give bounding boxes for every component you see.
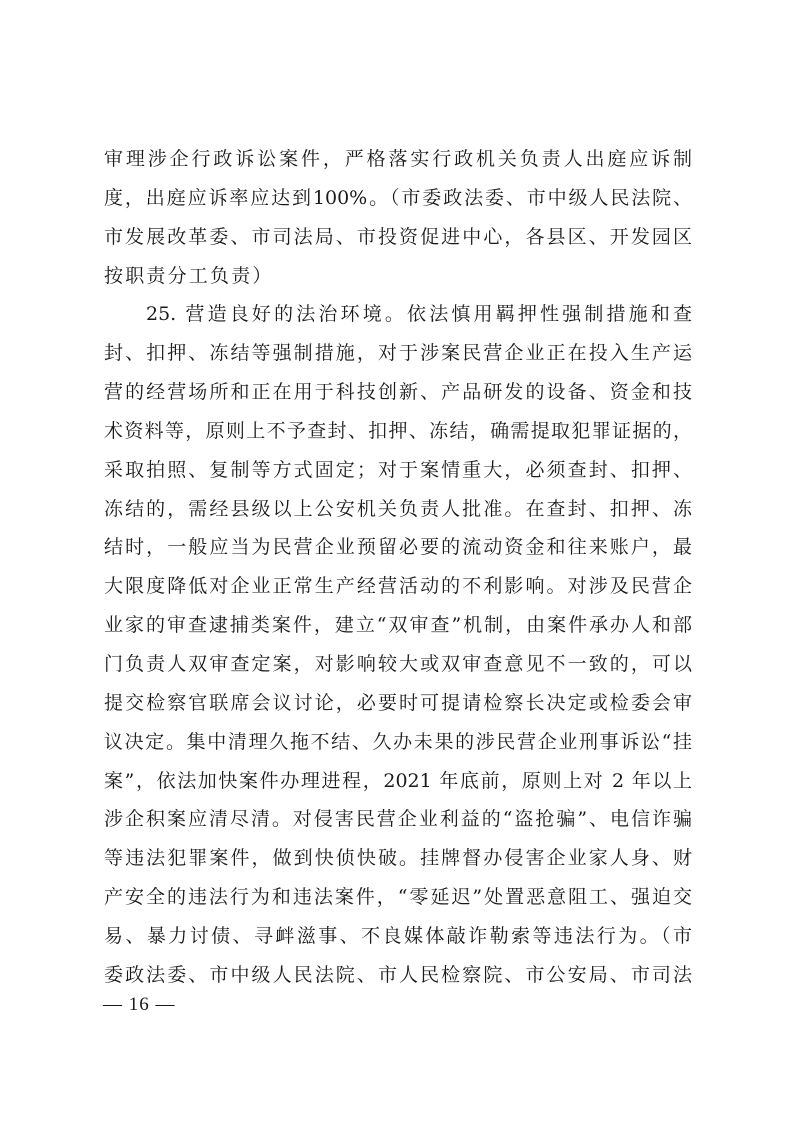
line-text: 产安全的违法行为和违法案件，“零延迟”处置恶意阻工、强迫交: [104, 882, 692, 921]
line-text: 等违法犯罪案件，做到快侦快破。挂牌督办侵害企业家人身、财: [104, 843, 692, 882]
line-text: 结时，一般应当为民营企业预留必要的流动资金和往来账户，最: [104, 532, 692, 571]
text-line: 度，出庭应诉率应达到100%。（市委政法委、市中级人民法院、: [104, 183, 692, 222]
text-line: 采取拍照、复制等方式固定；对于案情重大，必须查封、扣押、: [104, 455, 692, 494]
text-line: 营的经营场所和正在用于科技创新、产品研发的设备、资金和技: [104, 377, 692, 416]
document-page: 审理涉企行政诉讼案件，严格落实行政机关负责人出庭应诉制 度，出庭应诉率应达到10…: [0, 0, 793, 1122]
line-text: 涉企积案应清尽清。对侵害民营企业利益的“盗抢骗”、电信诈骗: [104, 804, 692, 843]
line-text: 营的经营场所和正在用于科技创新、产品研发的设备、资金和技: [104, 377, 692, 416]
line-text: 委政法委、市中级人民法院、市人民检察院、市公安局、市司法: [104, 960, 692, 999]
line-text: 易、暴力讨债、寻衅滋事、不良媒体敲诈勒索等违法行为。（市: [104, 921, 692, 960]
text-line: 冻结的，需经县级以上公安机关负责人批准。在查封、扣押、冻: [104, 494, 692, 533]
line-text: 冻结的，需经县级以上公安机关负责人批准。在查封、扣押、冻: [104, 494, 692, 533]
line-text: 审理涉企行政诉讼案件，严格落实行政机关负责人出庭应诉制: [104, 144, 692, 183]
line-text: 业家的审查逮捕类案件，建立“双审查”机制，由案件承办人和部: [104, 610, 692, 649]
text-line: 封、扣押、冻结等强制措施，对于涉案民营企业正在投入生产运: [104, 338, 692, 377]
text-line: 易、暴力讨债、寻衅滋事、不良媒体敲诈勒索等违法行为。（市: [104, 921, 692, 960]
text-line: 按职责分工负责）: [104, 261, 692, 300]
body-text: 审理涉企行政诉讼案件，严格落实行政机关负责人出庭应诉制 度，出庭应诉率应达到10…: [104, 144, 692, 999]
text-line: 术资料等，原则上不予查封、扣押、冻结，确需提取犯罪证据的，: [104, 416, 692, 455]
line-text: 术资料等，原则上不予查封、扣押、冻结，确需提取犯罪证据的，: [104, 416, 692, 455]
text-line: 审理涉企行政诉讼案件，严格落实行政机关负责人出庭应诉制: [104, 144, 692, 183]
line-text: 大限度降低对企业正常生产经营活动的不利影响。对涉及民营企: [104, 571, 692, 610]
line-text: 议决定。集中清理久拖不结、久办未果的涉民营企业刑事诉讼“挂: [104, 727, 692, 766]
text-line: 议决定。集中清理久拖不结、久办未果的涉民营企业刑事诉讼“挂: [104, 727, 692, 766]
line-text: 25. 营造良好的法治环境。依法慎用羁押性强制措施和查: [104, 299, 692, 338]
line-text: 提交检察官联席会议讨论，必要时可提请检察长决定或检委会审: [104, 688, 692, 727]
text-line: 涉企积案应清尽清。对侵害民营企业利益的“盗抢骗”、电信诈骗: [104, 804, 692, 843]
text-line: 大限度降低对企业正常生产经营活动的不利影响。对涉及民营企: [104, 571, 692, 610]
line-text: 市发展改革委、市司法局、市投资促进中心，各县区、开发园区: [104, 222, 692, 261]
page-number: — 16 —: [103, 992, 176, 1018]
line-text: 案”，依法加快案件办理进程，2021 年底前，原则上对 2 年以上: [104, 766, 692, 805]
line-text: 度，出庭应诉率应达到100%。（市委政法委、市中级人民法院、: [104, 183, 692, 222]
text-line: 案”，依法加快案件办理进程，2021 年底前，原则上对 2 年以上: [104, 766, 692, 805]
text-line: 产安全的违法行为和违法案件，“零延迟”处置恶意阻工、强迫交: [104, 882, 692, 921]
line-text: 门负责人双审查定案，对影响较大或双审查意见不一致的，可以: [104, 649, 692, 688]
line-text: 采取拍照、复制等方式固定；对于案情重大，必须查封、扣押、: [104, 455, 692, 494]
text-line: 市发展改革委、市司法局、市投资促进中心，各县区、开发园区: [104, 222, 692, 261]
section-heading-line: 25. 营造良好的法治环境。依法慎用羁押性强制措施和查: [104, 299, 692, 338]
text-line: 等违法犯罪案件，做到快侦快破。挂牌督办侵害企业家人身、财: [104, 843, 692, 882]
text-line: 业家的审查逮捕类案件，建立“双审查”机制，由案件承办人和部: [104, 610, 692, 649]
line-text: 封、扣押、冻结等强制措施，对于涉案民营企业正在投入生产运: [104, 338, 692, 377]
text-line: 门负责人双审查定案，对影响较大或双审查意见不一致的，可以: [104, 649, 692, 688]
text-line: 委政法委、市中级人民法院、市人民检察院、市公安局、市司法: [104, 960, 692, 999]
text-line: 提交检察官联席会议讨论，必要时可提请检察长决定或检委会审: [104, 688, 692, 727]
line-text: 按职责分工负责）: [104, 261, 692, 300]
text-line: 结时，一般应当为民营企业预留必要的流动资金和往来账户，最: [104, 532, 692, 571]
